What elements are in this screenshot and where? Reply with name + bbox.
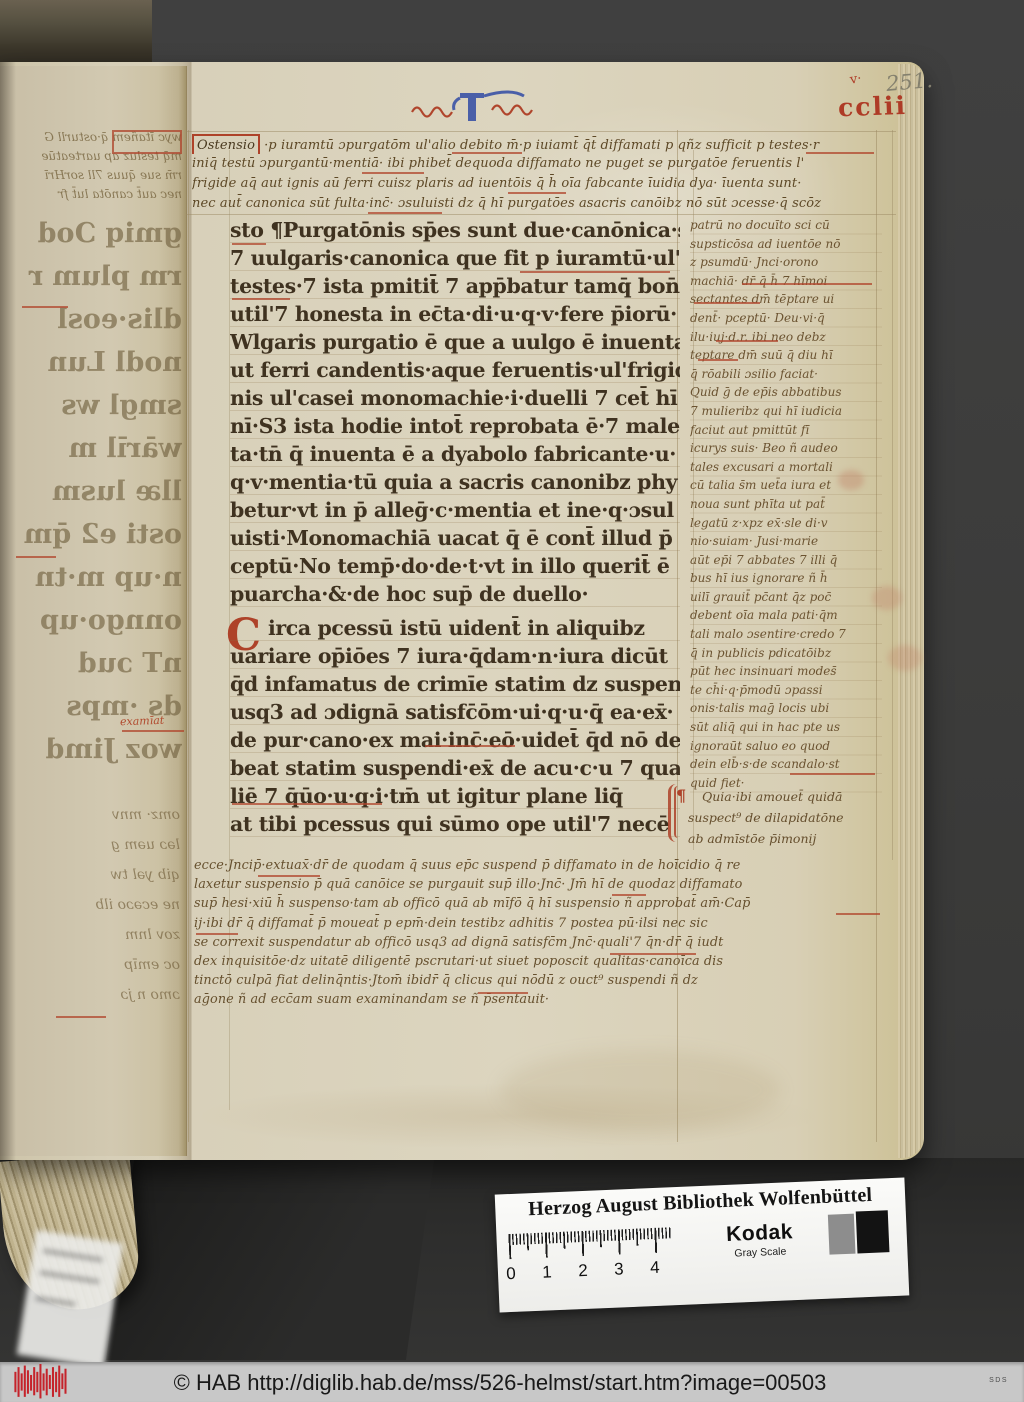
red-underline xyxy=(362,172,424,174)
text-line: teptare dm̄ suū q̄ diu hī xyxy=(690,346,882,365)
text-line: onis·talis maḡ locis ubi xyxy=(690,699,882,718)
corner-mark: SDS xyxy=(989,1377,1008,1384)
text-line: osti e2 q̄m xyxy=(2,513,182,556)
red-underline xyxy=(232,298,290,300)
text-line: nī·S3 ista hodie intot̄ reprobata ē·7 ma… xyxy=(230,412,680,440)
red-underline xyxy=(368,212,442,214)
text-line: n·up m·tn xyxy=(2,556,182,599)
text-line: suspect⁹ de dilapidatōne xyxy=(688,807,884,828)
text-line: 7 uulgaris·canonica que fit p iuramtū·ul… xyxy=(230,244,680,272)
text-line: Quia·ibi amouet̄ quidā xyxy=(688,786,884,807)
kodak-scale-card: Herzog August Bibliothek Wolfenbüttel 01… xyxy=(495,1177,910,1312)
text-line: rm̄ sue q̄uus 7ll sorHrī xyxy=(6,166,182,185)
top-text-block-rest: iniq̄ testū ɔpurgantū·mentiā· ibi phibet… xyxy=(192,154,886,214)
text-line: ne ecəɔo ilb xyxy=(4,890,180,920)
text-line: 2 xyxy=(576,1261,591,1282)
text-line: iniq̄ testū ɔpurgantū·mentiā· ibi phibet… xyxy=(192,154,886,174)
copyright-caption: © HAB http://diglib.hab.de/mss/526-helms… xyxy=(0,1362,1000,1402)
ruler-ticks xyxy=(508,1227,673,1259)
ruler-numbers: 01234 xyxy=(504,1258,663,1285)
text-line: nodl Lun xyxy=(2,341,182,384)
text-line: sūt aliq̄ qui in hac pte us xyxy=(690,718,882,737)
stain xyxy=(872,586,902,610)
text-line: aūt ep̄i 7 abbates 7 illi q̄ xyxy=(690,551,882,570)
stain xyxy=(500,1050,780,1130)
text-line: debent oīa mala pati·q̄m xyxy=(690,606,882,625)
text-line: uilī grauit̄ pc̄ant q̄z poc̄ xyxy=(690,588,882,607)
text-line: dein elb̄·s·de scandalo·st xyxy=(690,755,882,774)
showthrough-red-underline xyxy=(56,1016,106,1018)
text-line: betur·vt in p̄ alleḡ·c·mentia et ine·q·ɔ… xyxy=(230,496,680,524)
text-line: te ch̄i·q·p̄modū ɔpassi xyxy=(690,681,882,700)
red-underline xyxy=(232,243,266,245)
red-underline xyxy=(122,730,184,732)
red-underline xyxy=(790,773,875,775)
text-line: ilu·iuj·d.r. ibi neo debz xyxy=(690,328,882,347)
black-patch xyxy=(856,1210,890,1253)
text-line: onngo·up xyxy=(2,599,182,642)
gray-patch xyxy=(828,1214,856,1255)
text-line: sto ¶Purgatōnis sp̄es sunt due·canōnica·… xyxy=(230,216,680,244)
text-line: beat statim suspendi·ex̄ de acu·c·u 7 qu… xyxy=(230,754,680,782)
text-line: noua sunt phīta ut pat̄ xyxy=(690,495,882,514)
top-text-block: Ostensio·p iuramtū ɔpurgatōm ul'alio deb… xyxy=(192,134,886,154)
text-line: ecce·Jncip̄·extuax̄·dr̄ de quodam q̄ suu… xyxy=(194,856,884,875)
text-line: ta·tn̄ q̄ inuenta ē a dyabolo fabricante… xyxy=(230,440,680,468)
text-line: nT ɔud xyxy=(2,642,182,685)
showthrough-text-main: gmiq Ɔodrm plum rdlis·eoslnodl Lunsmgl w… xyxy=(2,212,182,771)
text-line: de pur·cano·ex mai·inc̄·eō·uidet̄ q̄d nō… xyxy=(230,726,680,754)
text-line: q·v·mentia·tū quia a sacris canonibz phy xyxy=(230,468,680,496)
ruling-line xyxy=(186,131,896,132)
text-line: tali malo ɔsentire·credo 7 xyxy=(690,625,882,644)
text-line: dent̄· pceptū· Deu·vi·q̄ xyxy=(690,309,882,328)
text-line: util'7 honesta in ec̄ta·di·u·q·v·fere p̄… xyxy=(230,300,680,328)
text-line: 1 xyxy=(540,1262,555,1283)
text-line: q̄ in publicis pdicatōibz xyxy=(690,644,882,663)
red-folio-flourish: v· xyxy=(849,71,862,87)
text-line: sup̄ hesi·xiū h̄ suspenso·tam ab officō … xyxy=(194,894,884,913)
red-underline xyxy=(612,894,646,896)
text-line: nis ul'casei monomachie·i·duelli 7 cet̄ … xyxy=(230,384,680,412)
text-line: tinctō culpā fiat delinq̄ntis·Jtom̄ ibid… xyxy=(194,971,884,990)
main-text-paragraph-2: irca pcessū istū uident̄ in aliquibzuari… xyxy=(230,614,680,842)
text-line: usq3 ad ɔdignā satisfc̄ōm·ui·q·u·q̄ ea·e… xyxy=(230,698,680,726)
showthrough-text-lower: omz· mnvləɔ uəm gqib yəl twne ecəɔo ilbz… xyxy=(4,800,180,1010)
text-line: wārīl m xyxy=(2,427,182,470)
text-line: uisti·Monomachiā uacat q̄ ē cont̄ illud … xyxy=(230,524,680,552)
text-line: gmiq Ɔod xyxy=(2,212,182,255)
text-line: dlis·eosl xyxy=(2,298,182,341)
text-line: q̄ rōabili ɔsilio faciat· xyxy=(690,365,882,384)
text-line: zov lnm xyxy=(4,920,180,950)
showthrough-red-box xyxy=(112,130,182,154)
text-line: irca pcessū istū uident̄ in aliquibz xyxy=(230,614,680,642)
red-underline xyxy=(742,283,872,285)
book-fore-edge-right xyxy=(898,64,924,1158)
book-page-stack-top xyxy=(0,0,152,66)
text-line: 0 xyxy=(504,1264,519,1285)
text-line: frigide aq̄ aut ignis aū ferri cuisz pla… xyxy=(192,174,886,194)
text-line: oc emīp xyxy=(4,950,180,980)
text-line: ɔmo n jɔ xyxy=(4,980,180,1010)
red-underline xyxy=(232,803,382,805)
ruling-line xyxy=(186,214,896,215)
rubricated-word: Ostensio xyxy=(192,134,260,154)
red-underline xyxy=(425,745,515,747)
text-line: woz Jimd xyxy=(2,728,182,771)
text-line: laxetur suspensio p̄ quā canōice se purg… xyxy=(194,875,884,894)
red-underline xyxy=(452,152,522,154)
text-line: supsticōsa ad iuentōe nō xyxy=(690,235,882,254)
text-line: at tibi pcessus qui sūmo ope util'7 necē xyxy=(230,810,680,838)
lower-text-block: ecce·Jncip̄·extuax̄·dr̄ de quodam q̄ suu… xyxy=(194,856,884,1010)
text-line: puarcha·&·de hoc sup̄ de duello· xyxy=(230,580,680,608)
text-line: liē 7 q̄ūo·u·q·i·tm̄ ut igitur plane liq… xyxy=(230,782,680,810)
text-line: bus hī ius ignorare ñ h̄ xyxy=(690,569,882,588)
text-line: z psumdū· Jnci·orono xyxy=(690,253,882,272)
text-line: ab admīstōe p̄imonij xyxy=(688,828,884,849)
text-line: Ostensio·p iuramtū ɔpurgatōm ul'alio deb… xyxy=(192,134,886,154)
showthrough-red-underline xyxy=(22,306,68,308)
text-line: llæ lusm xyxy=(2,470,182,513)
text-line: rm plum r xyxy=(2,255,182,298)
text-line: se correxit suspendatur ab officō usq3 a… xyxy=(194,933,884,952)
text-line: 4 xyxy=(648,1258,663,1279)
text-line: ləɔ uəm g xyxy=(4,830,180,860)
red-underline xyxy=(806,152,874,154)
text-line: legatū z·xpz ex̄·sle di·v xyxy=(690,514,882,533)
text-line: testes·7 ista pmitit̄ 7 app̄batur tamq̄ … xyxy=(230,272,680,300)
book-cover xyxy=(106,1160,434,1360)
showthrough-red-underline xyxy=(16,556,56,558)
text-line: q̄d infamatus de crimīe statim dz suspen… xyxy=(230,670,680,698)
red-underline xyxy=(196,933,238,935)
red-underline xyxy=(694,302,760,304)
ruling-line xyxy=(892,130,893,860)
red-underline xyxy=(508,192,566,194)
text-line: omz· mnv xyxy=(4,800,180,830)
header-ornament-icon xyxy=(408,88,548,128)
red-underline xyxy=(520,271,670,273)
text-line: icurys suis· Beo ñ audeo xyxy=(690,439,882,458)
text-line: aḡone ñ ad ecc̄am suam examinandam se ñ … xyxy=(194,990,884,1009)
photo-stage: wyc ītañem q̄·osturll Gmq̄ tesluz ap uar… xyxy=(0,0,1024,1402)
gloss-paragraph-2: Quia·ibi amouet̄ quidāsuspect⁹ de dilapi… xyxy=(688,786,884,849)
ruling-line xyxy=(188,130,189,1142)
text-line: ut ferri candentis·aque feruentis·ul'fri… xyxy=(230,356,680,384)
main-text-paragraph-1: sto ¶Purgatōnis sp̄es sunt due·canōnica·… xyxy=(230,216,680,612)
text-line: machiā· dr̄ q̄ h̄ 7 hīmoi xyxy=(690,272,882,291)
stain xyxy=(888,645,922,671)
red-underline xyxy=(478,992,528,994)
red-underline xyxy=(610,953,696,955)
text-line: nec aut̄ canōta lut̄ fr xyxy=(6,185,182,204)
red-margin-note: examīat xyxy=(120,713,194,729)
text-line: nec aut̄ canonica sūt fulta·inc̄· ɔsului… xyxy=(192,194,886,214)
text-line: ignoraūt saluo eo quod xyxy=(690,737,882,756)
red-underline xyxy=(698,359,738,361)
text-line: nio·suiam· Jusi·marie xyxy=(690,532,882,551)
red-paragraph-mark: ¶ xyxy=(676,786,686,805)
footer-strip: © HAB http://diglib.hab.de/mss/526-helms… xyxy=(0,1362,1024,1402)
red-folio-numeral: cclii xyxy=(838,91,908,122)
text-line: uariare op̄iōes 7 iura·q̄dam·n·iura dicū… xyxy=(230,642,680,670)
red-underline xyxy=(836,913,880,915)
text-line: 7 mulieribz qui hī iudicia xyxy=(690,402,882,421)
stain xyxy=(838,470,864,490)
red-underline xyxy=(258,875,320,877)
text-line: dex inquisitōe·dz uitatē diligentē pscru… xyxy=(194,952,884,971)
text-line: faciut aut pmittūt fī xyxy=(690,421,882,440)
text-line: qib yəl tw xyxy=(4,860,180,890)
text-line: patrū no docuīto sci cū xyxy=(690,216,882,235)
text-line: sectantes dm̄ tēptare ui xyxy=(690,290,882,309)
red-underline xyxy=(716,340,778,342)
text-line: Wlgaris purgatio ē que a uulgo ē inuenta xyxy=(230,328,680,356)
text-line: pūt hec insinuari modes̄ xyxy=(690,662,882,681)
text-line: 3 xyxy=(612,1259,627,1280)
text-line: Quid ḡ de ep̄is abbatibus xyxy=(690,383,882,402)
text-line: ij·ibi dr̄ q̄ diffamat̄ p̄ moueat̄ p epm… xyxy=(194,914,884,933)
text-line: smgl ws xyxy=(2,384,182,427)
text-line: ceptū·No temp̄·do·de·t·vt in illo querit… xyxy=(230,552,680,580)
